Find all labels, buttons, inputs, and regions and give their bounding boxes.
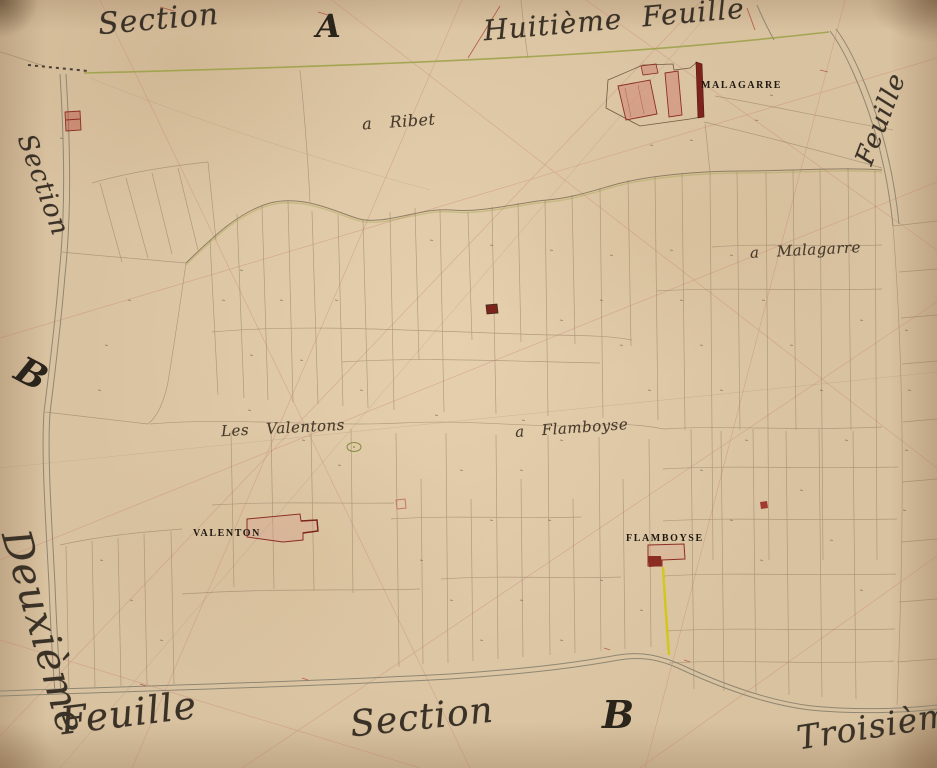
troisieme-bottom: Troisième <box>794 695 937 755</box>
letter-b-left: B <box>9 351 53 397</box>
section-bottom: Section <box>349 693 496 744</box>
map-labels: SectionAHuitième FeuilleFeuilleSectionBD… <box>0 0 937 768</box>
letter-b-bottom: B <box>602 696 634 734</box>
lieu-flamboyse: a Flamboyse <box>515 417 629 440</box>
lieu-malagarre: a Malagarre <box>750 240 862 261</box>
lieu-les-valentons: Les Valentons <box>221 418 346 439</box>
name-malagarre: MALAGARRE <box>701 81 782 91</box>
section-left-edge: Section <box>13 131 74 239</box>
name-flamboyse: FLAMBOYSE <box>626 534 704 544</box>
name-valenton: VALENTON <box>193 529 261 539</box>
section-top-left: Section <box>97 0 220 40</box>
sheet-title: Huitième Feuille <box>482 0 746 45</box>
lieu-ribet: a Ribet <box>362 111 436 132</box>
cadastral-map-sheet: SectionAHuitième FeuilleFeuilleSectionBD… <box>0 0 937 768</box>
feuille-right-edge: Feuille <box>852 69 911 168</box>
letter-a-top: A <box>316 10 341 42</box>
